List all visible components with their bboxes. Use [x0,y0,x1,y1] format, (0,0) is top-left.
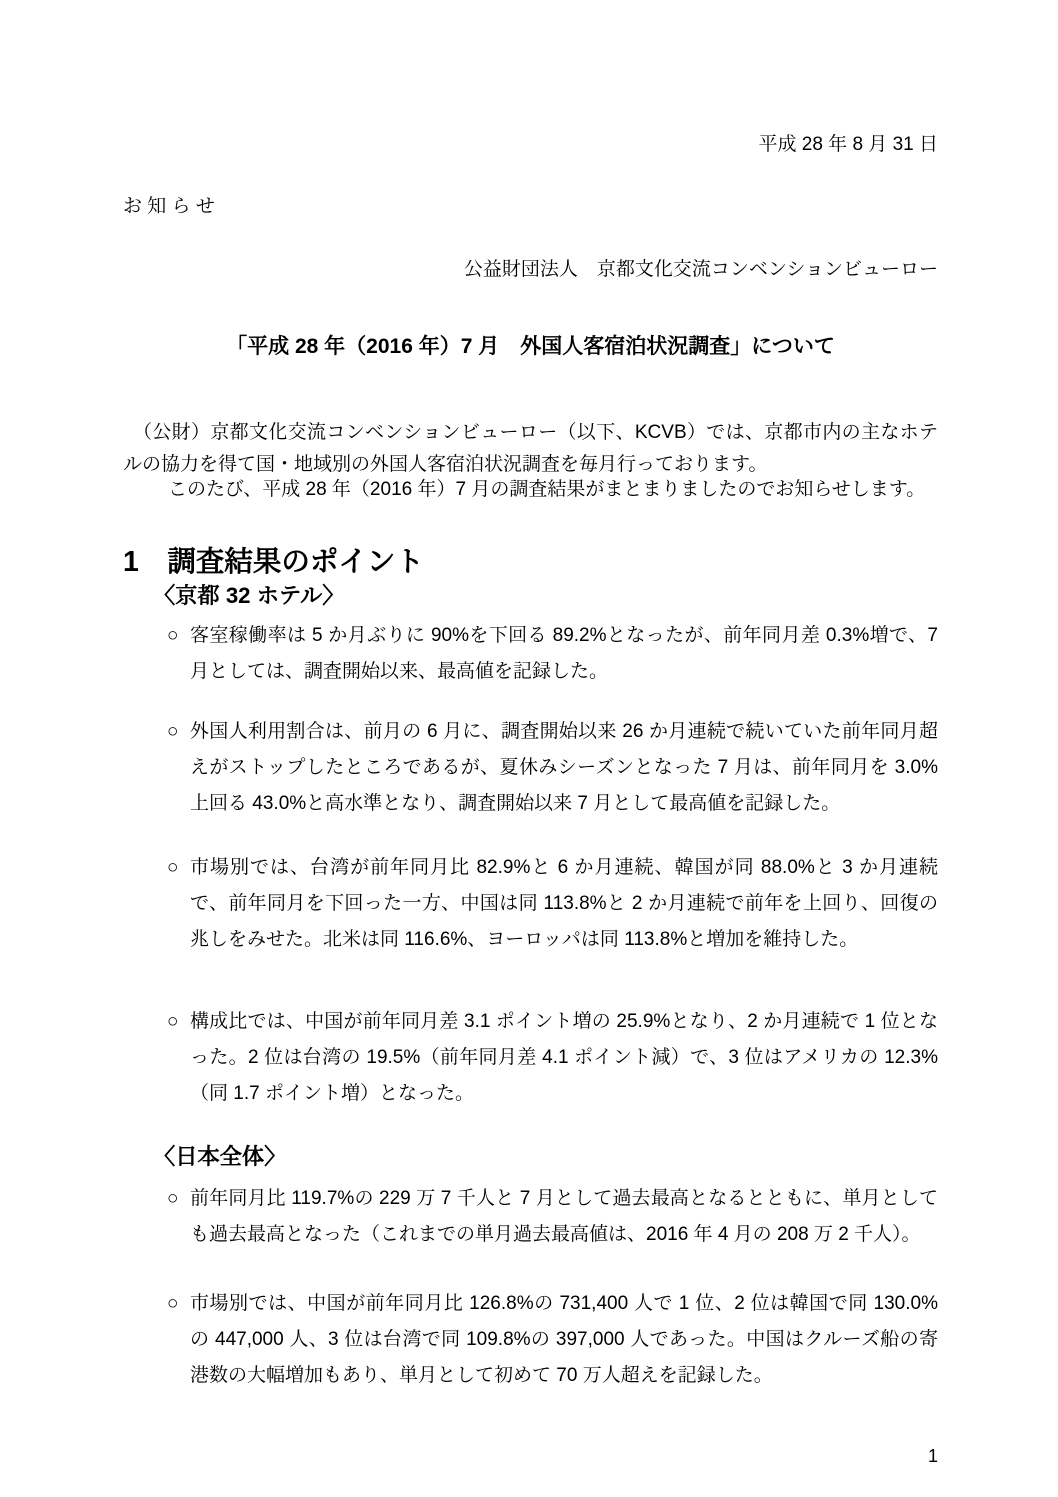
document-title: 「平成 28 年（2016 年）7 月 外国人客宿泊状況調査」について [123,334,938,360]
bullet-kyoto-occupancy-rate: ○ 客室稼働率は 5 か月ぶりに 90%を下回る 89.2%となったが、前年同月… [123,618,938,690]
bullet-japan-by-market: ○ 市場別では、中国が前年同月比 126.8%の 731,400 人で 1 位、… [123,1286,938,1394]
bullet-circle-marker: ○ [167,714,178,750]
document-page: 平成 28 年 8 月 31 日 お 知 ら せ 公益財団法人 京都文化交流コン… [0,0,1058,1497]
bullet-circle-marker: ○ [167,1286,178,1322]
intro-paragraph-2: このたび、平成 28 年（2016 年）7 月の調査結果がまとまりましたのでお知… [123,477,938,503]
document-date: 平成 28 年 8 月 31 日 [123,132,938,158]
bullet-kyoto-by-market: ○ 市場別では、台湾が前年同月比 82.9%と 6 か月連続、韓国が同 88.0… [123,850,938,958]
notice-label: お 知 ら せ [123,194,938,220]
subsection-heading-japan-overall: 〈日本全体〉 [153,1144,938,1170]
bullet-japan-record-high: ○ 前年同月比 119.7%の 229 万 7 千人と 7 月として過去最高とな… [123,1181,938,1253]
bullet-circle-marker: ○ [167,618,178,654]
intro-paragraph-1: （公財）京都文化交流コンベンションビューロー（以下、KCVB）では、京都市内の主… [123,417,938,481]
bullet-text: 構成比では、中国が前年同月差 3.1 ポイント増の 25.9%となり、2 か月連… [190,1011,938,1104]
bullet-text: 市場別では、台湾が前年同月比 82.9%と 6 か月連続、韓国が同 88.0%と… [190,857,938,950]
section-heading-survey-points: 1 調査結果のポイント [123,549,938,575]
bullet-kyoto-foreign-guest-ratio: ○ 外国人利用割合は、前月の 6 月に、調査開始以来 26 か月連続で続いていた… [123,714,938,822]
bullet-kyoto-composition-ratio: ○ 構成比では、中国が前年同月差 3.1 ポイント増の 25.9%となり、2 か… [123,1004,938,1112]
organization-name: 公益財団法人 京都文化交流コンベンションビューロー [123,257,938,283]
page-number: 1 [123,1443,938,1469]
bullet-text: 市場別では、中国が前年同月比 126.8%の 731,400 人で 1 位、2 … [190,1293,938,1386]
subsection-heading-kyoto-32-hotels: 〈京都 32 ホテル〉 [153,583,938,609]
bullet-text: 外国人利用割合は、前月の 6 月に、調査開始以来 26 か月連続で続いていた前年… [190,721,938,814]
bullet-text: 客室稼働率は 5 か月ぶりに 90%を下回る 89.2%となったが、前年同月差 … [190,625,938,682]
bullet-circle-marker: ○ [167,1181,178,1217]
bullet-circle-marker: ○ [167,850,178,886]
bullet-text: 前年同月比 119.7%の 229 万 7 千人と 7 月として過去最高となると… [190,1188,938,1245]
bullet-circle-marker: ○ [167,1004,178,1040]
